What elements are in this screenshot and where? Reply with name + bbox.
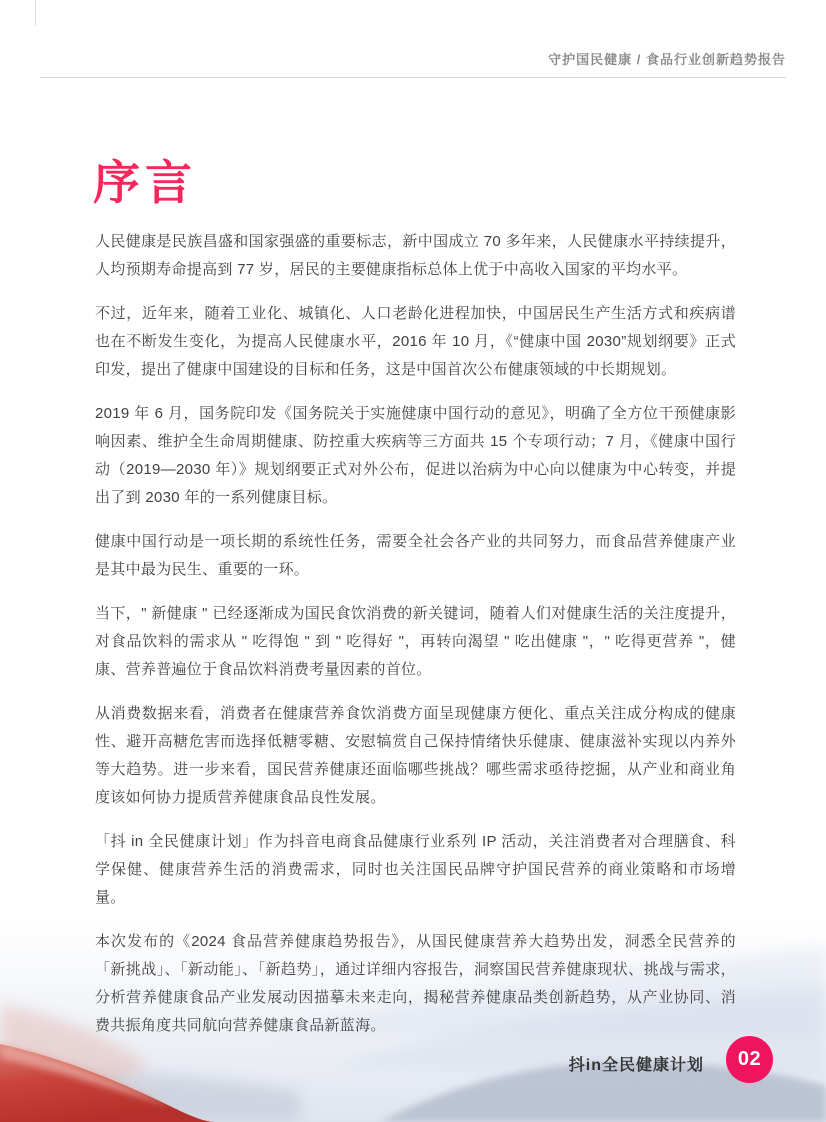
- running-header: 守护国民健康 / 食品行业创新趋势报告: [548, 49, 786, 68]
- report-page: 守护国民健康 / 食品行业创新趋势报告 序言 人民健康是民族昌盛和国家强盛的重要…: [0, 0, 826, 1122]
- preface-body: 人民健康是民族昌盛和国家强盛的重要标志，新中国成立 70 多年来，人民健康水平持…: [95, 228, 736, 1056]
- page-number: 02: [738, 1048, 761, 1071]
- page-number-badge: 02: [726, 1036, 773, 1083]
- paragraph: 2019 年 6 月，国务院印发《国务院关于实施健康中国行动的意见》，明确了全方…: [95, 400, 736, 512]
- header-divider: [40, 77, 786, 78]
- paragraph: 「抖 in 全民健康计划」作为抖音电商食品健康行业系列 IP 活动，关注消费者对…: [95, 828, 736, 912]
- paragraph: 不过，近年来，随着工业化、城镇化、人口老龄化进程加快，中国居民生产生活方式和疾病…: [95, 300, 736, 384]
- top-left-tick-mark: [35, 0, 36, 26]
- paragraph: 人民健康是民族昌盛和国家强盛的重要标志，新中国成立 70 多年来，人民健康水平持…: [95, 228, 736, 284]
- page-title: 序言: [93, 157, 197, 209]
- paragraph: 健康中国行动是一项长期的系统性任务，需要全社会各产业的共同努力，而食品营养健康产…: [95, 528, 736, 584]
- paragraph: 本次发布的《2024 食品营养健康趋势报告》，从国民健康营养大趋势出发，洞悉全民…: [95, 928, 736, 1040]
- footer-brand: 抖in全民健康计划: [569, 1052, 704, 1075]
- paragraph: 从消费数据来看，消费者在健康营养食饮消费方面呈现健康方便化、重点关注成分构成的健…: [95, 700, 736, 812]
- paragraph: 当下，" 新健康 " 已经逐渐成为国民食饮消费的新关键词，随着人们对健康生活的关…: [95, 600, 736, 684]
